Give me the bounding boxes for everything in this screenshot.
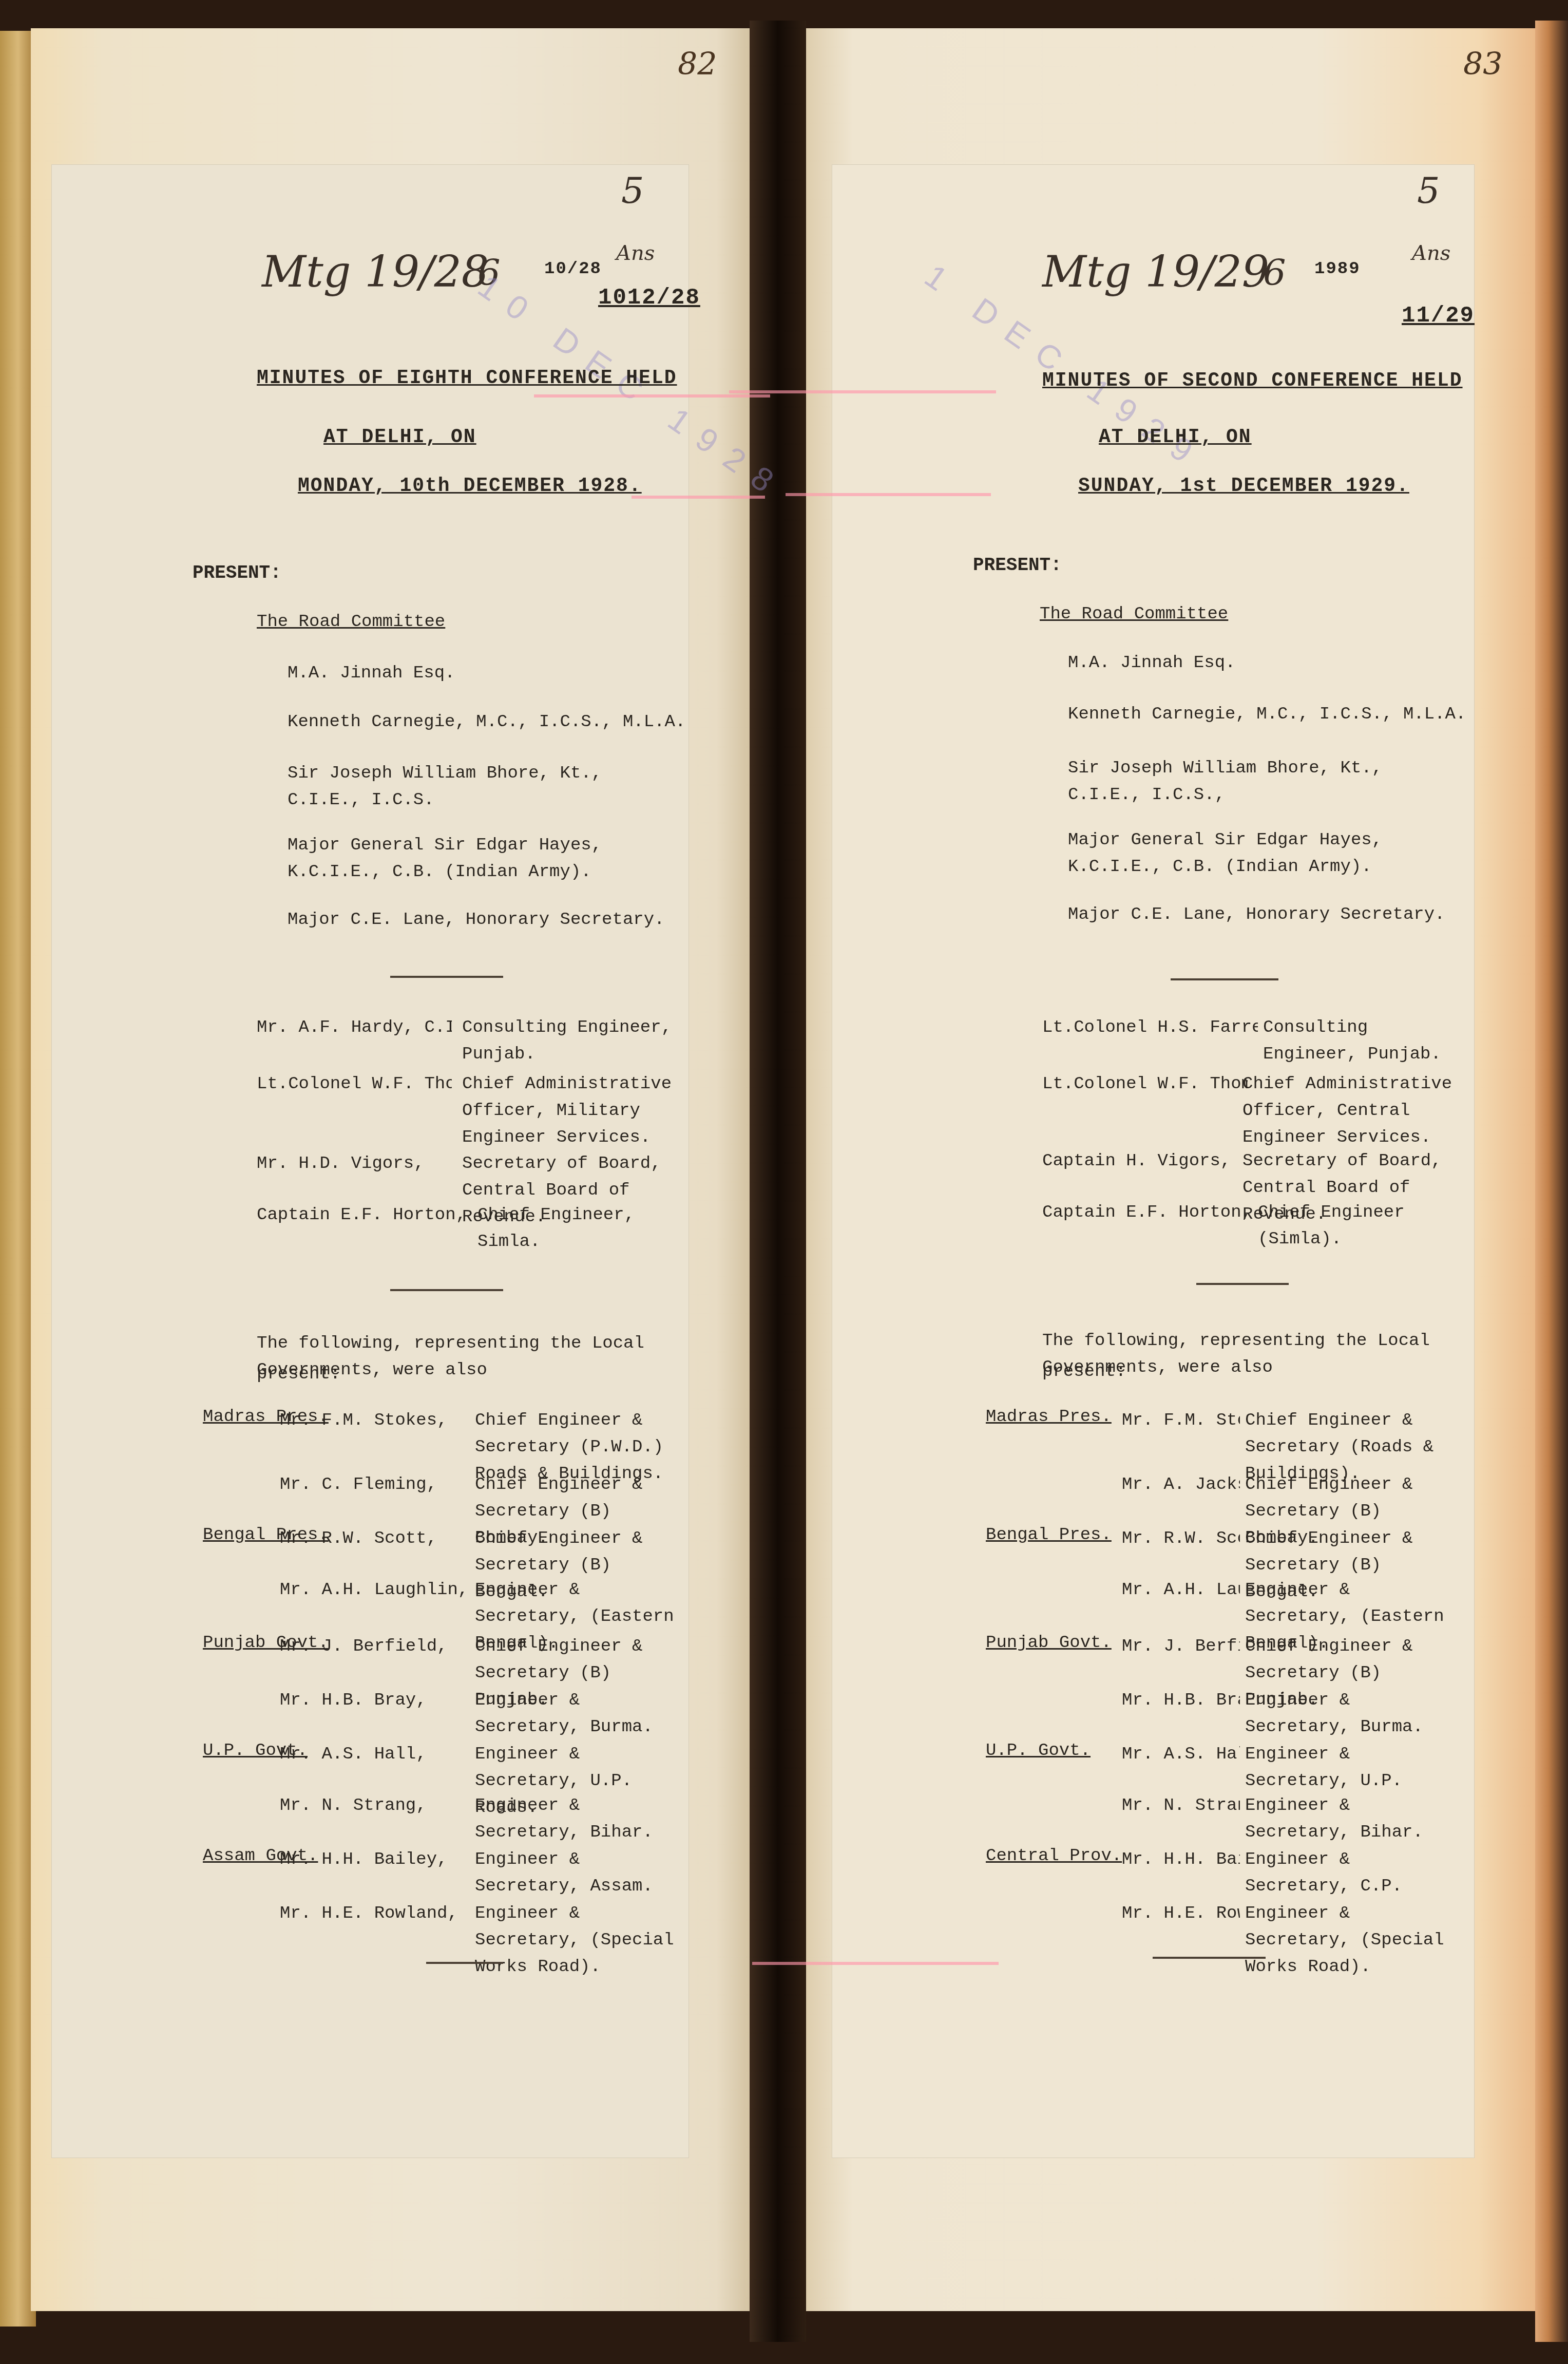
left-official-name: Mr. H.D. Vigors, <box>257 1150 452 1177</box>
left-folio-mark: 5 <box>621 169 644 212</box>
right-heading-line3: SUNDAY, 1st DECEMBER 1929. <box>1078 475 1409 497</box>
right-representative-name: Mr. H.E. Rowland, <box>1122 1900 1240 1927</box>
left-member: Kenneth Carnegie, M.C., I.C.S., M.L.A. <box>288 709 685 735</box>
left-pink-marker <box>534 394 770 398</box>
right-representative-name: Mr. A.S. Hall, <box>1122 1741 1240 1768</box>
left-representative-name: Mr. H.B. Bray, <box>280 1687 470 1714</box>
left-representative-name: Mr. H.H. Bailey, <box>280 1846 470 1873</box>
left-representative-name: Mr. F.M. Stokes, <box>280 1407 470 1434</box>
right-folio-mark: 5 <box>1417 169 1440 212</box>
left-representative-name: Mr. A.S. Hall, <box>280 1741 470 1768</box>
right-official-name: Captain H. Vigors, <box>1042 1148 1237 1175</box>
left-member: Major General Sir Edgar Hayes, K.C.I.E.,… <box>288 832 678 885</box>
right-rep-intro-present: present: <box>1042 1358 1126 1385</box>
left-representative-role: Engineer & Secretary, Bihar. <box>475 1792 675 1846</box>
right-file-ref: 11/29 <box>1402 303 1475 329</box>
right-ref-top: 1989 <box>1314 259 1361 279</box>
right-heading-line2: AT DELHI, ON <box>1099 426 1252 448</box>
left-representative-name: Mr. R.W. Scott, <box>280 1525 470 1552</box>
left-official-role: Consulting Engineer, Punjab. <box>462 1014 678 1068</box>
right-representative-name: Mr. J. Berfield, <box>1122 1633 1240 1660</box>
left-member: M.A. Jinnah Esq. <box>288 660 455 687</box>
right-representative-name: Mr. H.H. Bailey, <box>1122 1846 1240 1873</box>
right-official-name: Lt.Colonel H.S. Farrell, I.S.E., <box>1042 1014 1258 1041</box>
left-handwritten-title: Mtg 19/28 <box>262 247 489 297</box>
left-official-name: Captain E.F. Horton, I.S.E., <box>257 1202 472 1228</box>
left-official-name: Mr. A.F. Hardy, C.I.E., <box>257 1014 452 1041</box>
right-divider <box>1196 1283 1289 1285</box>
right-representative-role: Engineer & Secretary, U.P. <box>1245 1741 1445 1794</box>
left-divider <box>390 976 503 978</box>
left-heading-line3: MONDAY, 10th DECEMBER 1928. <box>298 475 642 497</box>
left-representative-role: Engineer & Secretary, Assam. <box>475 1846 675 1900</box>
left-rep-intro-present: present: <box>257 1361 340 1388</box>
left-ref-top: 10/28 <box>544 259 602 279</box>
right-official-name: Captain E.F. Horton, I.S.E., <box>1042 1199 1248 1226</box>
right-region-label: Madras Pres. <box>986 1407 1112 1427</box>
left-official-role: Chief Administrative Officer, Military E… <box>462 1071 678 1151</box>
right-handwritten-title: Mtg 19/29 <box>1042 247 1269 297</box>
right-representative-role: Engineer & Secretary, (Special Works Roa… <box>1245 1900 1445 1980</box>
right-representative-role: Engineer & Secretary, C.P. <box>1245 1846 1445 1900</box>
left-representative-name: Mr. N. Strang, <box>280 1792 470 1819</box>
left-official-role: Chief Engineer, Simla. <box>477 1202 678 1255</box>
right-divider <box>1171 978 1278 980</box>
left-pink-marker <box>632 496 765 499</box>
left-official-name: Lt.Colonel W.F. Thompson, <box>257 1071 452 1098</box>
right-present-label: PRESENT: <box>973 555 1062 576</box>
right-pink-marker <box>786 493 991 496</box>
right-pink-marker <box>752 1962 999 1965</box>
left-representative-name: Mr. J. Berfield, <box>280 1633 470 1660</box>
right-member: Major General Sir Edgar Hayes, K.C.I.E.,… <box>1068 827 1458 880</box>
right-region-label: Bengal Pres. <box>986 1525 1112 1545</box>
right-member: M.A. Jinnah Esq. <box>1068 650 1235 676</box>
left-member: Major C.E. Lane, Honorary Secretary. <box>288 906 665 933</box>
right-member: Kenneth Carnegie, M.C., I.C.S., M.L.A. <box>1068 701 1466 728</box>
right-official-name: Lt.Colonel W.F. Thompson, <box>1042 1071 1248 1098</box>
right-committee-label: The Road Committee <box>1040 601 1228 628</box>
right-official-role: Consulting Engineer, Punjab. <box>1263 1014 1458 1068</box>
book-edge-right <box>1535 21 1568 2342</box>
left-divider <box>390 1289 503 1291</box>
book-gutter <box>750 21 806 2342</box>
left-heading-line1: MINUTES OF EIGHTH CONFERENCE HELD <box>257 367 677 389</box>
right-heading-line1: MINUTES OF SECOND CONFERENCE HELD <box>1042 370 1463 392</box>
left-committee-label: The Road Committee <box>257 609 445 635</box>
right-representative-name: Mr. A. Jackson, <box>1122 1471 1240 1498</box>
left-representative-role: Engineer & Secretary, (Special Works Roa… <box>475 1900 675 1980</box>
right-handwritten-initials: Ans <box>1412 241 1450 265</box>
right-representative-name: Mr. F.M. Stokes, <box>1122 1407 1240 1434</box>
left-representative-role: Engineer & Secretary, Burma. <box>475 1687 675 1741</box>
right-official-role: Chief Engineer (Simla). <box>1258 1199 1458 1253</box>
right-member: Major C.E. Lane, Honorary Secretary. <box>1068 901 1445 928</box>
right-region-label: Central Prov. <box>986 1846 1122 1866</box>
right-representative-name: Mr. A.H. Laughlin, <box>1122 1577 1240 1603</box>
left-page-number: 82 <box>678 46 717 82</box>
left-divider <box>426 1962 503 1964</box>
left-member: Sir Joseph William Bhore, Kt., C.I.E., I… <box>288 760 678 814</box>
right-member: Sir Joseph William Bhore, Kt., C.I.E., I… <box>1068 755 1458 808</box>
right-page-number: 83 <box>1463 46 1502 82</box>
left-handwritten-initials: Ans <box>616 241 655 265</box>
left-heading-line2: AT DELHI, ON <box>323 426 476 448</box>
right-official-role: Chief Administrative Officer, Central En… <box>1242 1071 1458 1151</box>
right-pink-marker <box>729 390 996 393</box>
left-representative-name: Mr. H.E. Rowland, <box>280 1900 470 1927</box>
left-representative-name: Mr. C. Fleming, <box>280 1471 470 1498</box>
left-file-ref: 1012/28 <box>598 285 700 311</box>
right-representative-role: Engineer & Secretary, Bihar. <box>1245 1792 1445 1846</box>
right-region-label: U.P. Govt. <box>986 1741 1091 1761</box>
right-representative-name: Mr. H.B. Bray, <box>1122 1687 1240 1714</box>
left-representative-name: Mr. A.H. Laughlin, <box>280 1577 470 1603</box>
right-handwritten-ref: 6 <box>1263 252 1286 294</box>
right-divider <box>1153 1957 1266 1959</box>
right-representative-role: Engineer & Secretary, Burma. <box>1245 1687 1445 1741</box>
right-representative-name: Mr. R.W. Scott, <box>1122 1525 1240 1552</box>
right-representative-name: Mr. N. Strang, <box>1122 1792 1240 1819</box>
right-region-label: Punjab Govt. <box>986 1633 1112 1653</box>
left-present-label: PRESENT: <box>193 562 281 583</box>
